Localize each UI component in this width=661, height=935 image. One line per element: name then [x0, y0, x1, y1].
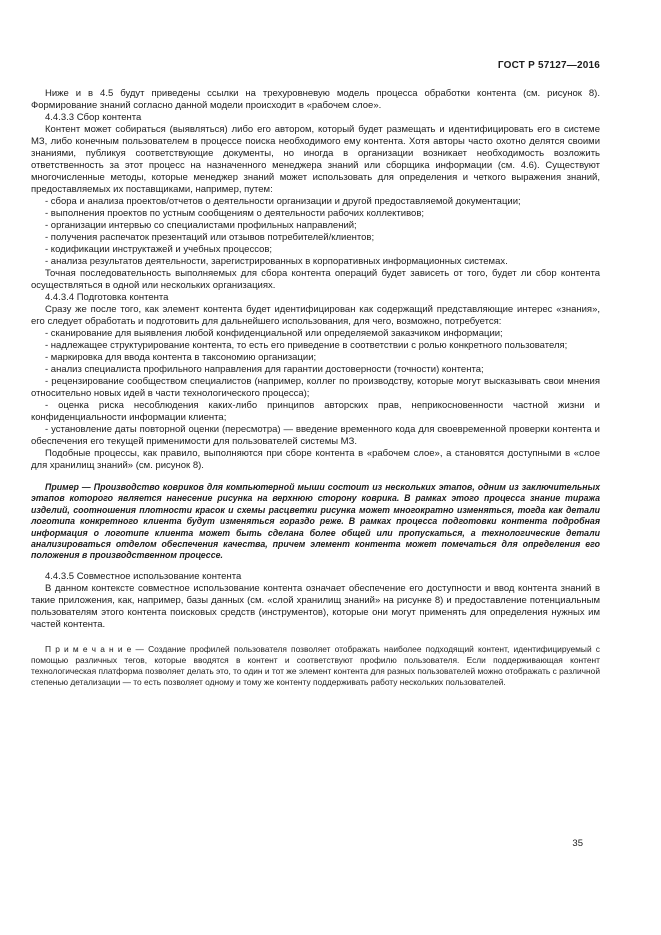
section-heading: 4.4.3.3 Сбор контента [31, 112, 600, 124]
list-item: - анализ специалиста профильного направл… [31, 364, 600, 376]
standard-designation: ГОСТ Р 57127—2016 [31, 60, 600, 71]
list-item: - кодификации инструктажей и учебных про… [31, 244, 600, 256]
list-item: - организации интервью со специалистами … [31, 220, 600, 232]
list-item: - рецензирование сообществом специалисто… [31, 376, 600, 400]
body-paragraph: Подобные процессы, как правило, выполняю… [31, 448, 600, 472]
body-paragraph: Ниже и в 4.5 будут приведены ссылки на т… [31, 88, 600, 112]
list-item: - анализа результатов деятельности, заре… [31, 256, 600, 268]
body-paragraph: Точная последовательность выполняемых дл… [31, 268, 600, 292]
list-item: - сканирование для выявления любой конфи… [31, 328, 600, 340]
list-item: - установление даты повторной оценки (пе… [31, 424, 600, 448]
document-page: ГОСТ Р 57127—2016 Ниже и в 4.5 будут при… [0, 0, 661, 935]
list-item: - сбора и анализа проектов/отчетов о дея… [31, 196, 600, 208]
body-paragraph: Контент может собираться (выявляться) ли… [31, 124, 600, 196]
page-number: 35 [31, 838, 583, 849]
section-heading: 4.4.3.4 Подготовка контента [31, 292, 600, 304]
note-paragraph: П р и м е ч а н и е — Создание профилей … [31, 644, 600, 688]
section-heading: 4.4.3.5 Совместное использование контент… [31, 571, 600, 583]
body-paragraph: В данном контексте совместное использова… [31, 583, 600, 631]
list-item: - маркировка для ввода контента в таксон… [31, 352, 600, 364]
list-item: - надлежащее структурирование контента, … [31, 340, 600, 352]
list-item: - получения распечаток презентаций или о… [31, 232, 600, 244]
body-paragraph: Сразу же после того, как элемент контент… [31, 304, 600, 328]
example-paragraph: Пример — Производство ковриков для компь… [31, 482, 600, 562]
list-item: - выполнения проектов по устным сообщени… [31, 208, 600, 220]
list-item: - оценка риска несоблюдения каких-либо п… [31, 400, 600, 424]
document-body: Ниже и в 4.5 будут приведены ссылки на т… [31, 88, 600, 688]
